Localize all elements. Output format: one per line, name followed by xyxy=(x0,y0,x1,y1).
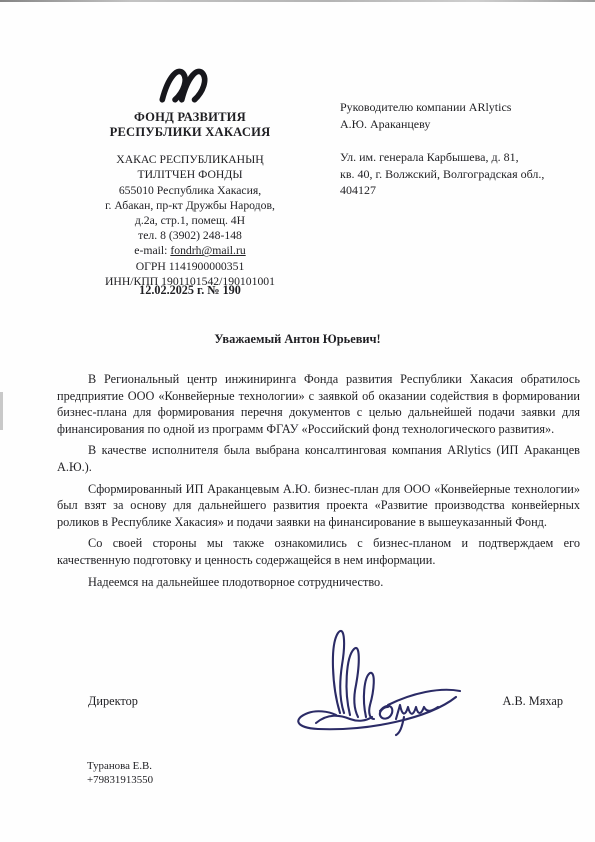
recipient-address-line: кв. 40, г. Волжский, Волгоградская обл., xyxy=(340,166,572,183)
handwritten-signature-icon xyxy=(288,627,473,742)
sender-address-line: 655010 Республика Хакасия, xyxy=(60,183,320,198)
sender-header-block: ФОНД РАЗВИТИЯ РЕСПУБЛИКИ ХАКАСИЯ ХАКАС Р… xyxy=(60,62,320,289)
recipient-gap xyxy=(340,132,572,149)
salutation: Уважаемый Антон Юрьевич! xyxy=(0,332,595,347)
org-name-line2: РЕСПУБЛИКИ ХАКАСИЯ xyxy=(60,125,320,140)
date-and-number: 12.02.2025 г. № 190 xyxy=(60,283,320,298)
executor-name: Туранова Е.В. xyxy=(87,760,153,774)
recipient-address-line: 404127 xyxy=(340,182,572,199)
recipient-name: А.Ю. Араканцеву xyxy=(340,116,572,133)
org-alt-line2: ТИЛІТЧЕН ФОНДЫ xyxy=(60,167,320,182)
executor-contact: Туранова Е.В. +79831913550 xyxy=(87,760,153,788)
recipient-block: Руководителю компании ARlytics А.Ю. Арак… xyxy=(340,99,572,199)
sender-email-line: e-mail: fondrh@mail.ru xyxy=(60,243,320,258)
org-alt-line1: ХАКАС РЕСПУБЛИКАНЫҢ xyxy=(60,152,320,167)
sender-ogrn-line: ОГРН 1141900000351 xyxy=(60,259,320,274)
executor-phone: +79831913550 xyxy=(87,774,153,788)
body-paragraph: В качестве исполнителя была выбрана конс… xyxy=(57,442,580,475)
sender-address-line: г. Абакан, пр-кт Дружбы Народов, xyxy=(60,198,320,213)
org-name-khakas: ХАКАС РЕСПУБЛИКАНЫҢ ТИЛІТЧЕН ФОНДЫ xyxy=(60,152,320,182)
org-name: ФОНД РАЗВИТИЯ РЕСПУБЛИКИ ХАКАСИЯ xyxy=(60,110,320,139)
scan-artifact-top-edge xyxy=(0,0,595,2)
org-name-line1: ФОНД РАЗВИТИЯ xyxy=(60,110,320,125)
letter-body: В Региональный центр инжиниринга Фонда р… xyxy=(57,371,580,595)
recipient-title: Руководителю компании ARlytics xyxy=(340,99,572,116)
body-paragraph: Со своей стороны мы также ознакомились с… xyxy=(57,535,580,568)
body-paragraph: Надеемся на дальнейшее плодотворное сотр… xyxy=(57,574,580,591)
sender-address: 655010 Республика Хакасия, г. Абакан, пр… xyxy=(60,183,320,289)
signer-position: Директор xyxy=(88,694,138,709)
recipient-address-line: Ул. им. генерала Карбышева, д. 81, xyxy=(340,149,572,166)
scan-artifact-left-smudge xyxy=(0,392,3,430)
body-paragraph: Сформированный ИП Араканцевым А.Ю. бизне… xyxy=(57,481,580,531)
body-paragraph: В Региональный центр инжиниринга Фонда р… xyxy=(57,371,580,437)
letter-page: ФОНД РАЗВИТИЯ РЕСПУБЛИКИ ХАКАСИЯ ХАКАС Р… xyxy=(0,0,595,842)
sender-phone-line: тел. 8 (3902) 248-148 xyxy=(60,228,320,243)
email-link[interactable]: fondrh@mail.ru xyxy=(170,244,245,257)
fund-logo-icon xyxy=(157,62,223,106)
email-label: e-mail: xyxy=(134,244,170,257)
sender-address-line: д.2а, стр.1, помещ. 4Н xyxy=(60,213,320,228)
signer-name: А.В. Мяхар xyxy=(503,694,564,709)
